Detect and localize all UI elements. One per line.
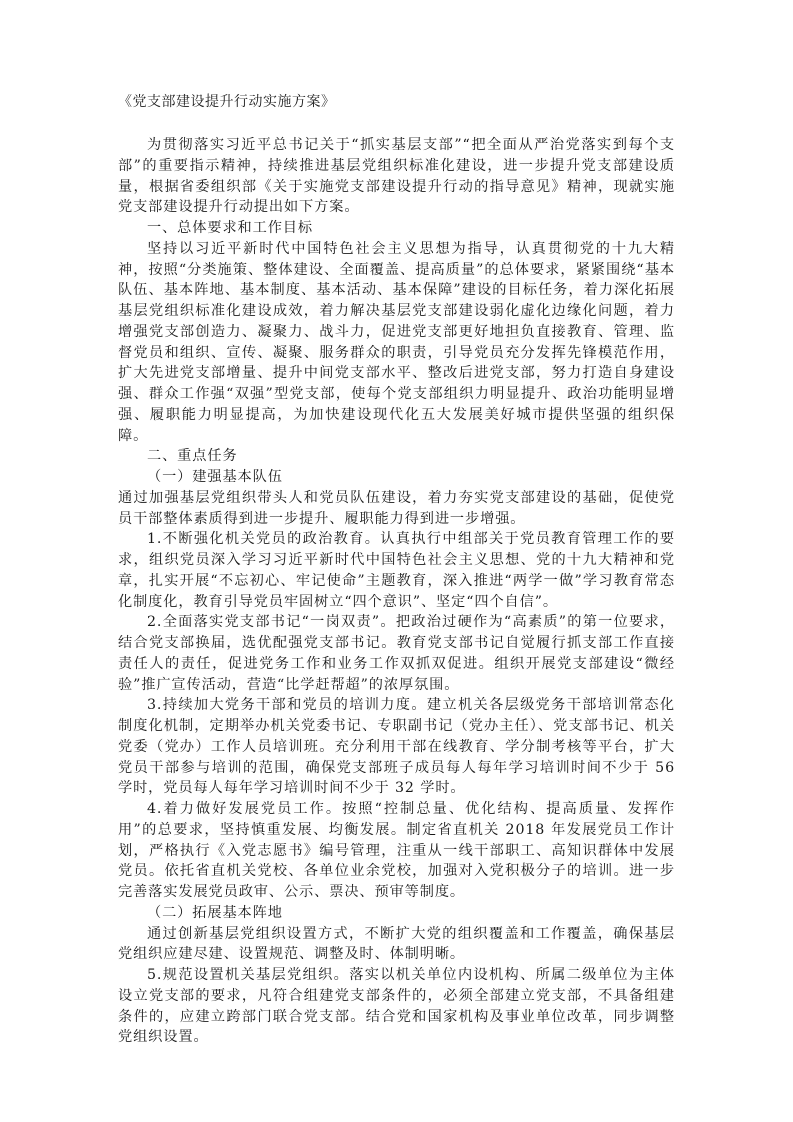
paragraph-item-1: 1.不断强化机关党员的政治教育。认真执行中组部关于党员教育管理工作的要求，组织党…: [118, 529, 675, 612]
document-page: 《党支部建设提升行动实施方案》 为贯彻落实习近平总书记关于“抓实基层支部”“把全…: [118, 92, 675, 1048]
paragraph-item-2: 2.全面落实党支部书记“一岗双责”。把政治过硬作为“高素质”的第一位要求，结合党…: [118, 612, 675, 695]
intro-paragraph: 为贯彻落实习近平总书记关于“抓实基层支部”“把全面从严治党落实到每个支部”的重要…: [118, 135, 675, 218]
section-heading-2: 二、重点任务: [118, 446, 675, 467]
subsection-heading-2: （二）拓展基本阵地: [118, 903, 675, 924]
paragraph-general-requirements: 坚持以习近平新时代中国特色社会主义思想为指导，认真贯彻党的十九大精神，按照“分类…: [118, 239, 675, 447]
paragraph-item-3: 3.持续加大党务干部和党员的培训力度。建立机关各层级党务干部培训常态化制度化机制…: [118, 695, 675, 799]
section-heading-1: 一、总体要求和工作目标: [118, 218, 675, 239]
paragraph-positions: 通过创新基层党组织设置方式，不断扩大党的组织覆盖和工作覆盖，确保基层党组织应建尽…: [118, 924, 675, 966]
document-title: 《党支部建设提升行动实施方案》: [118, 92, 675, 112]
paragraph-item-5: 5.规范设置机关基层党组织。落实以机关单位内设机构、所属二级单位为主体设立党支部…: [118, 965, 675, 1048]
paragraph-team-building: 通过加强基层党组织带头人和党员队伍建设，着力夯实党支部建设的基础，促使党员干部整…: [118, 488, 675, 530]
subsection-heading-1: （一）建强基本队伍: [118, 467, 675, 488]
paragraph-item-4: 4.着力做好发展党员工作。按照“控制总量、优化结构、提高质量、发挥作用”的总要求…: [118, 799, 675, 903]
